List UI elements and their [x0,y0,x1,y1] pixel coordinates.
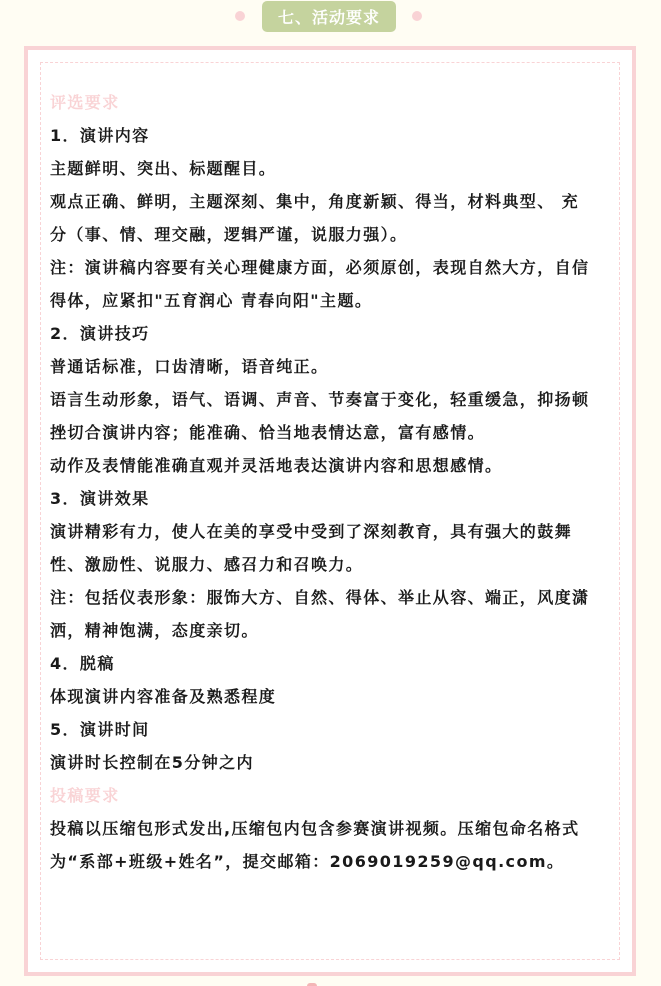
item-heading-no-script: 4．脱稿 [50,647,610,680]
text-line: 投稿以压缩包形式发出,压缩包内包含参赛演讲视频。压缩包命名格式 [50,812,610,845]
decorative-dot-left-icon [235,11,245,21]
text-line: 观点正确、鲜明，主题深刻、集中，角度新颖、得当，材料典型、 充 [50,185,610,218]
text-line: 语言生动形象，语气、语调、声音、节奏富于变化，轻重缓急，抑扬顿 [50,383,610,416]
requirements-content: 评选要求 1．演讲内容 主题鲜明、突出、标题醒目。 观点正确、鲜明，主题深刻、集… [50,86,610,878]
text-line: 挫切合演讲内容；能准确、恰当地表情达意，富有感情。 [50,416,610,449]
text-line: 注：包括仪表形象：服饰大方、自然、得体、举止从容、端正，风度潇 [50,581,610,614]
decorative-dot-right-icon [412,11,422,21]
text-line: 性、激励性、说服力、感召力和召唤力。 [50,548,610,581]
submission-email-line: 为“系部+班级+姓名”，提交邮箱：2069019259@qq.com。 [50,845,610,878]
text-line: 动作及表情能准确直观并灵活地表达演讲内容和思想感情。 [50,449,610,482]
section-header: 七、活动要求 [0,0,661,34]
item-heading-speech-time: 5．演讲时间 [50,713,610,746]
text-line: 演讲精彩有力，使人在美的享受中受到了深刻教育，具有强大的鼓舞 [50,515,610,548]
text-line: 主题鲜明、突出、标题醒目。 [50,152,610,185]
selection-criteria-heading: 评选要求 [50,86,610,119]
text-line: 洒，精神饱满，态度亲切。 [50,614,610,647]
text-line: 体现演讲内容准备及熟悉程度 [50,680,610,713]
text-line: 演讲时长控制在5分钟之内 [50,746,610,779]
item-heading-speech-content: 1．演讲内容 [50,119,610,152]
submission-requirements-heading: 投稿要求 [50,779,610,812]
text-line: 注：演讲稿内容要有关心理健康方面，必须原创，表现自然大方，自信 [50,251,610,284]
text-line: 得体，应紧扣"五育润心 青春向阳"主题。 [50,284,610,317]
item-heading-speech-skills: 2．演讲技巧 [50,317,610,350]
item-heading-speech-effect: 3．演讲效果 [50,482,610,515]
text-line: 普通话标准，口齿清晰，语音纯正。 [50,350,610,383]
text-line: 分（事、情、理交融，逻辑严谨，说服力强）。 [50,218,610,251]
section-title: 七、活动要求 [262,1,396,32]
requirements-card: 评选要求 1．演讲内容 主题鲜明、突出、标题醒目。 观点正确、鲜明，主题深刻、集… [24,46,636,976]
